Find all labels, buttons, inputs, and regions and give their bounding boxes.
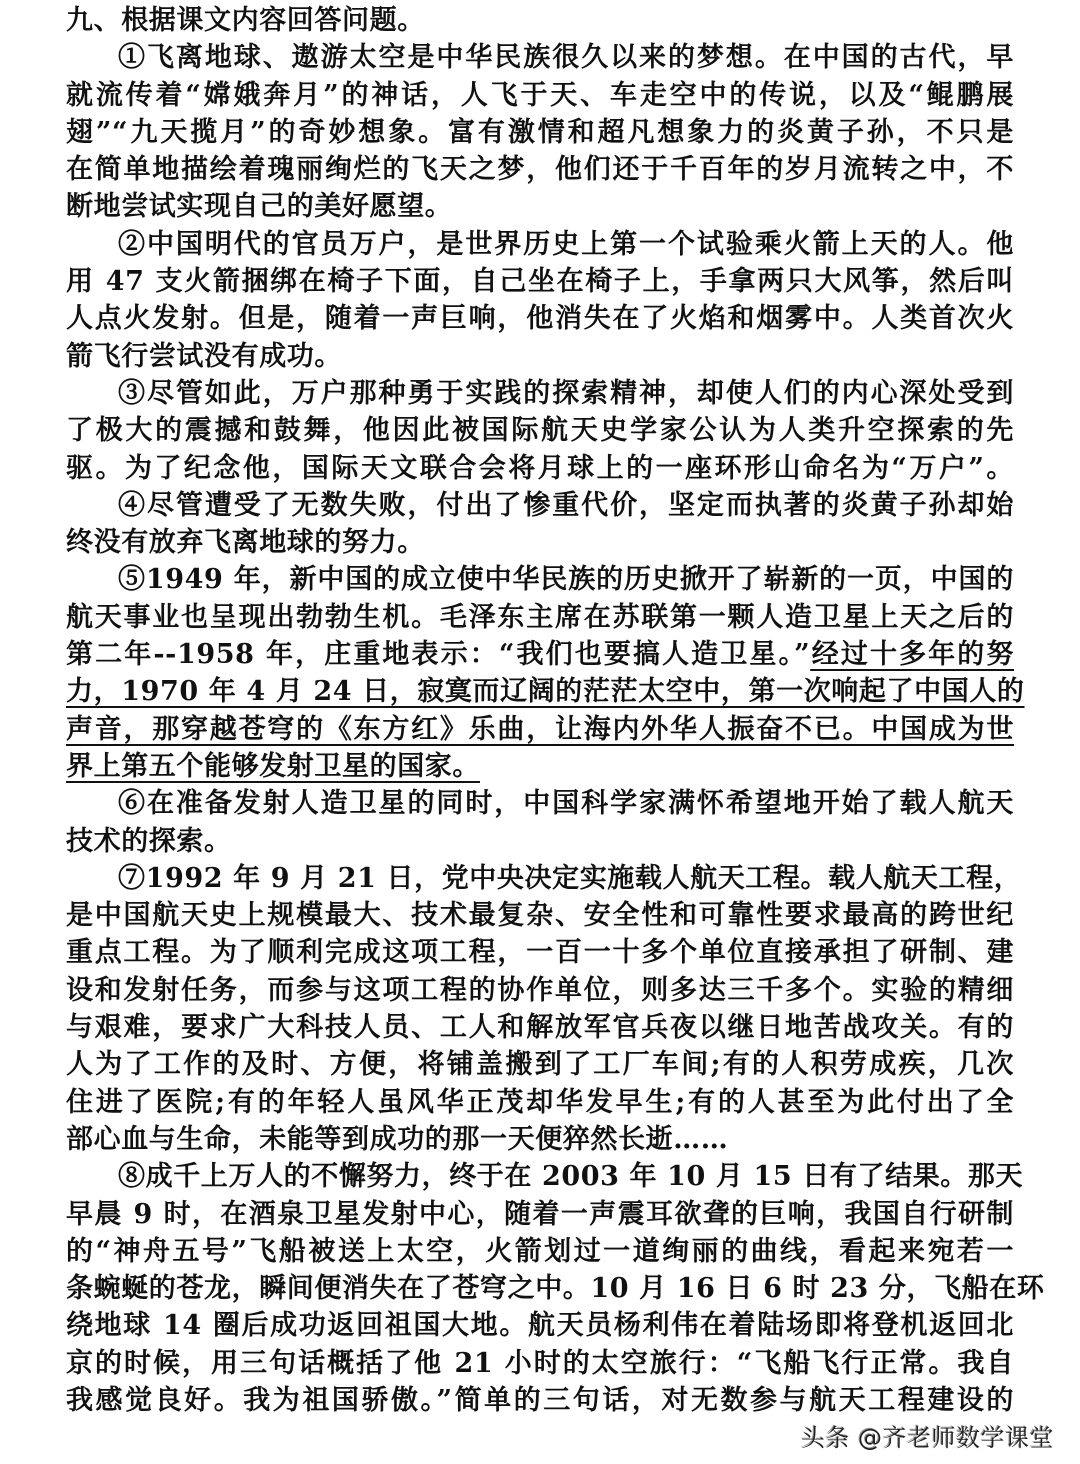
line-text: 翅”“九天揽月”的奇妙想象。富有激情和超凡想象力的炎黄子孙，不只是 bbox=[66, 117, 1014, 148]
passage-line: 的“神舟五号”飞船被送上太空，火箭划过一道绚丽的曲线，看起来宛若一 bbox=[66, 1233, 1014, 1270]
line-text: 部心血与生命，未能等到成功的那一天便猝然长逝…… bbox=[66, 1124, 728, 1155]
passage-line: ⑧成千上万人的不懈努力，终于在 2003 年 10 月 15 日有了结果。那天 bbox=[66, 1158, 1014, 1195]
passage-line: 翅”“九天揽月”的奇妙想象。富有激情和超凡想象力的炎黄子孙，不只是 bbox=[66, 114, 1014, 151]
passage-line: 驱。为了纪念他，国际天文联合会将月球上的一座环形山命名为“万户”。 bbox=[66, 450, 1014, 487]
passage-line: 就流传着“嫦娥奔月”的神话，人飞于天、车走空中的传说，以及“鲲鹏展 bbox=[66, 77, 1014, 114]
line-text: 住进了医院;有的年轻人虽风华正茂却华发早生;有的人甚至为此付出了全 bbox=[66, 1087, 1014, 1118]
line-text: 终没有放弃飞离地球的努力。 bbox=[66, 527, 425, 558]
passage-line: 与艰难，要求广大科技人员、工人和解放军官兵夜以继日地苦战攻关。有的 bbox=[66, 1009, 1014, 1046]
line-text: 断地尝试实现自己的美好愿望。 bbox=[66, 191, 452, 222]
watermark: 头条 @齐老师数学课堂 bbox=[801, 1418, 1054, 1453]
passage-line: 条蜿蜒的苍龙，瞬间便消失在了苍穹之中。10 月 16 日 6 时 23 分，飞船… bbox=[66, 1270, 1014, 1307]
underlined-text: 声音，那穿越苍穹的《东方红》乐曲，让海内外华人振奋不已。中国成为世 bbox=[66, 714, 1014, 745]
passage-line: 力，1970 年 4 月 24 日，寂寞而辽阔的茫茫太空中，第一次响起了中国人的 bbox=[66, 673, 1014, 710]
line-text: 技术的探索。 bbox=[66, 826, 232, 857]
passage-line: 部心血与生命，未能等到成功的那一天便猝然长逝…… bbox=[66, 1121, 1014, 1158]
line-text: ①飞离地球、遨游太空是中华民族很久以来的梦想。在中国的古代，早 bbox=[118, 42, 1014, 73]
passage-body: ①飞离地球、遨游太空是中华民族很久以来的梦想。在中国的古代，早就流传着“嫦娥奔月… bbox=[66, 39, 1014, 1419]
line-text: 人为了工作的及时、方便，将铺盖搬到了工厂车间;有的人积劳成疾，几次 bbox=[66, 1049, 1014, 1080]
line-text: 早晨 9 时，在酒泉卫星发射中心，随着一声震耳欲聋的巨响，我国自行研制 bbox=[66, 1199, 1014, 1230]
underlined-text: 力，1970 年 4 月 24 日，寂寞而辽阔的茫茫太空中，第一次响起了中国人的 bbox=[66, 676, 1025, 707]
line-text: 驱。为了纪念他，国际天文联合会将月球上的一座环形山命名为“万户”。 bbox=[66, 453, 1014, 484]
line-text: 重点工程。为了顺利完成这项工程，一百一十多个单位直接承担了研制、建 bbox=[66, 937, 1014, 968]
line-text: 是中国航天史上规模最大、技术最复杂、安全性和可靠性要求最高的跨世纪 bbox=[66, 900, 1014, 931]
passage-line: 箭飞行尝试没有成功。 bbox=[66, 338, 1014, 375]
passage-line: 人为了工作的及时、方便，将铺盖搬到了工厂车间;有的人积劳成疾，几次 bbox=[66, 1046, 1014, 1083]
passage-line: 重点工程。为了顺利完成这项工程，一百一十多个单位直接承担了研制、建 bbox=[66, 934, 1014, 971]
passage-line: ①飞离地球、遨游太空是中华民族很久以来的梦想。在中国的古代，早 bbox=[66, 39, 1014, 76]
line-text: ⑥在准备发射人造卫星的同时，中国科学家满怀希望地开始了载人航天 bbox=[118, 788, 1014, 819]
passage-line: 了极大的震撼和鼓舞，他因此被国际航天史学家公认为人类升空探索的先 bbox=[66, 412, 1014, 449]
passage-line: 设和发射任务，而参与这项工程的协作单位，则多达三千多个。实验的精细 bbox=[66, 972, 1014, 1009]
passage-line: 是中国航天史上规模最大、技术最复杂、安全性和可靠性要求最高的跨世纪 bbox=[66, 897, 1014, 934]
line-text: 京的时候，用三句话概括了他 21 小时的太空旅行：“飞船飞行正常。我自 bbox=[66, 1348, 1014, 1379]
line-text: 箭飞行尝试没有成功。 bbox=[66, 341, 342, 372]
question-heading: 九、根据课文内容回答问题。 bbox=[66, 2, 1014, 39]
line-text: 航天事业也呈现出勃勃生机。毛泽东主席在苏联第一颗人造卫星上天之后的 bbox=[66, 602, 1014, 633]
passage-line: ③尽管如此，万户那种勇于实践的探索精神，却使人们的内心深处受到 bbox=[66, 375, 1014, 412]
line-text: ④尽管遭受了无数失败，付出了惨重代价，坚定而执著的炎黄子孙却始 bbox=[118, 490, 1014, 521]
line-text: ②中国明代的官员万户，是世界历史上第一个试验乘火箭上天的人。他 bbox=[118, 229, 1014, 260]
passage-line: ②中国明代的官员万户，是世界历史上第一个试验乘火箭上天的人。他 bbox=[66, 226, 1014, 263]
passage-line: 住进了医院;有的年轻人虽风华正茂却华发早生;有的人甚至为此付出了全 bbox=[66, 1084, 1014, 1121]
passage-line: 技术的探索。 bbox=[66, 823, 1014, 860]
passage-line: ⑦1992 年 9 月 21 日，党中央决定实施载人航天工程。载人航天工程， bbox=[66, 860, 1014, 897]
line-text: 在简单地描绘着瑰丽绚烂的飞天之梦，他们还于千百年的岁月流转之中，不 bbox=[66, 154, 1014, 185]
line-text: ⑤1949 年，新中国的成立使中华民族的历史掀开了崭新的一页，中国的 bbox=[118, 564, 1014, 595]
passage-line: 航天事业也呈现出勃勃生机。毛泽东主席在苏联第一颗人造卫星上天之后的 bbox=[66, 599, 1014, 636]
passage-line: 早晨 9 时，在酒泉卫星发射中心，随着一声震耳欲聋的巨响，我国自行研制 bbox=[66, 1196, 1014, 1233]
line-text: 第二年--1958 年，庄重地表示：“我们也要搞人造卫星。” bbox=[66, 639, 810, 670]
line-text: 了极大的震撼和鼓舞，他因此被国际航天史学家公认为人类升空探索的先 bbox=[66, 415, 1014, 446]
passage-line: ④尽管遭受了无数失败，付出了惨重代价，坚定而执著的炎黄子孙却始 bbox=[66, 487, 1014, 524]
passage-line: 断地尝试实现自己的美好愿望。 bbox=[66, 188, 1014, 225]
passage-line: 第二年--1958 年，庄重地表示：“我们也要搞人造卫星。”经过十多年的努 bbox=[66, 636, 1014, 673]
line-text: 我感觉良好。我为祖国骄傲。”简单的三句话，对无数参与航天工程建设的 bbox=[66, 1385, 1014, 1416]
passage-line: ⑥在准备发射人造卫星的同时，中国科学家满怀希望地开始了载人航天 bbox=[66, 785, 1014, 822]
line-text: ⑧成千上万人的不懈努力，终于在 2003 年 10 月 15 日有了结果。那天 bbox=[118, 1161, 1023, 1192]
passage-line: 京的时候，用三句话概括了他 21 小时的太空旅行：“飞船飞行正常。我自 bbox=[66, 1345, 1014, 1382]
passage-line: 界上第五个能够发射卫星的国家。 bbox=[66, 748, 1014, 785]
document-page: 九、根据课文内容回答问题。 ①飞离地球、遨游太空是中华民族很久以来的梦想。在中国… bbox=[66, 2, 1014, 1419]
line-text: 的“神舟五号”飞船被送上太空，火箭划过一道绚丽的曲线，看起来宛若一 bbox=[66, 1236, 1014, 1267]
line-text: 设和发射任务，而参与这项工程的协作单位，则多达三千多个。实验的精细 bbox=[66, 975, 1014, 1006]
line-text: 绕地球 14 圈后成功返回祖国大地。航天员杨利伟在着陆场即将登机返回北 bbox=[66, 1310, 1014, 1341]
line-text: 就流传着“嫦娥奔月”的神话，人飞于天、车走空中的传说，以及“鲲鹏展 bbox=[66, 80, 1014, 111]
line-text: 人点火发射。但是，随着一声巨响，他消失在了火焰和烟雾中。人类首次火 bbox=[66, 303, 1014, 334]
underlined-text: 经过十多年的努 bbox=[810, 639, 1014, 670]
passage-line: 终没有放弃飞离地球的努力。 bbox=[66, 524, 1014, 561]
line-text: 用 47 支火箭捆绑在椅子下面，自己坐在椅子上，手拿两只大风筝，然后叫 bbox=[66, 266, 1014, 297]
passage-line: 人点火发射。但是，随着一声巨响，他消失在了火焰和烟雾中。人类首次火 bbox=[66, 300, 1014, 337]
passage-line: 用 47 支火箭捆绑在椅子下面，自己坐在椅子上，手拿两只大风筝，然后叫 bbox=[66, 263, 1014, 300]
passage-line: 我感觉良好。我为祖国骄傲。”简单的三句话，对无数参与航天工程建设的 bbox=[66, 1382, 1014, 1419]
underlined-text: 界上第五个能够发射卫星的国家。 bbox=[66, 751, 480, 782]
line-text: 与艰难，要求广大科技人员、工人和解放军官兵夜以继日地苦战攻关。有的 bbox=[66, 1012, 1014, 1043]
passage-line: ⑤1949 年，新中国的成立使中华民族的历史掀开了崭新的一页，中国的 bbox=[66, 561, 1014, 598]
line-text: ⑦1992 年 9 月 21 日，党中央决定实施载人航天工程。载人航天工程， bbox=[118, 863, 1021, 894]
passage-line: 声音，那穿越苍穹的《东方红》乐曲，让海内外华人振奋不已。中国成为世 bbox=[66, 711, 1014, 748]
line-text: 条蜿蜒的苍龙，瞬间便消失在了苍穹之中。10 月 16 日 6 时 23 分，飞船… bbox=[66, 1273, 1045, 1304]
passage-line: 绕地球 14 圈后成功返回祖国大地。航天员杨利伟在着陆场即将登机返回北 bbox=[66, 1307, 1014, 1344]
passage-line: 在简单地描绘着瑰丽绚烂的飞天之梦，他们还于千百年的岁月流转之中，不 bbox=[66, 151, 1014, 188]
line-text: ③尽管如此，万户那种勇于实践的探索精神，却使人们的内心深处受到 bbox=[118, 378, 1014, 409]
